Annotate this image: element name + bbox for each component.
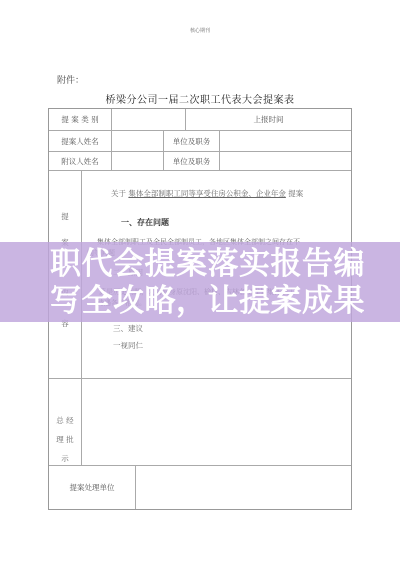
- banner-line-1: 职代会提案落实报告编: [50, 246, 360, 282]
- handling-unit-label: 提案处理单位: [49, 466, 135, 509]
- report-time-label: 上报时间: [186, 109, 351, 130]
- gm-approval-label-3: 示: [49, 453, 81, 464]
- form-title: 桥梁分公司一届二次职工代表大会提案表: [0, 91, 400, 106]
- category-label: 提 案 类 别: [49, 109, 111, 130]
- page-header-text: 核心期刊: [0, 27, 400, 34]
- subject-suffix: 提案: [288, 189, 303, 198]
- subject-text: 集体全部制职工同等享受住房公积金、企业年金: [128, 189, 286, 198]
- subject-prefix: 关于: [111, 189, 126, 198]
- section3-line1: 一视同仁: [113, 340, 143, 351]
- title-banner-overlay: 职代会提案落实报告编 写全攻略，让提案成果: [0, 242, 400, 322]
- gm-approval-label-1: 总 经: [49, 415, 81, 426]
- banner-line-2: 写全攻略，让提案成果: [50, 283, 360, 319]
- seconder-unit-label: 单位及职务: [164, 152, 219, 170]
- content-side-label-1: 提: [51, 211, 79, 222]
- row-divider: [49, 170, 351, 171]
- attachment-label: 附件：: [57, 73, 84, 86]
- gm-approval-label-2: 理 批: [49, 434, 81, 445]
- proposal-subject-line: 关于 集体全部制职工同等享受住房公积金、企业年金 提案: [111, 188, 303, 199]
- proposer-name-label: 提案人姓名: [49, 131, 111, 151]
- seconder-unit-field[interactable]: [220, 152, 351, 170]
- section1-heading: 一、存在问题: [121, 217, 169, 228]
- handling-unit-field[interactable]: [136, 466, 351, 509]
- proposer-name-field[interactable]: [112, 131, 163, 151]
- section3-heading: 三、建议: [113, 323, 143, 334]
- proposer-unit-label: 单位及职务: [164, 131, 219, 151]
- proposer-unit-field[interactable]: [220, 131, 351, 151]
- seconder-name-field[interactable]: [112, 152, 163, 170]
- category-value[interactable]: [112, 109, 185, 130]
- gm-approval-field[interactable]: [82, 379, 351, 465]
- seconder-name-label: 附议人姓名: [49, 152, 111, 170]
